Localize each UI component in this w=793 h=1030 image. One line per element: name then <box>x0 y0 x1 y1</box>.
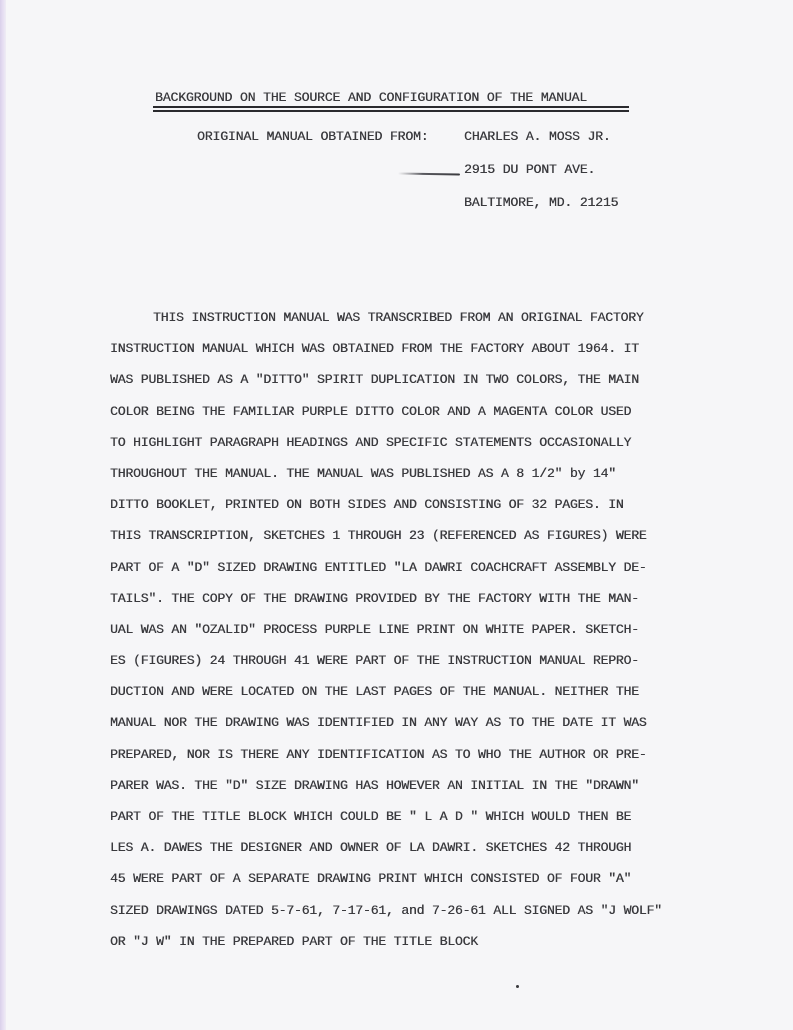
body-line: WAS PUBLISHED AS A "DITTO" SPIRIT DUPLIC… <box>110 364 710 395</box>
title-underline <box>153 106 629 108</box>
source-label: ORIGINAL MANUAL OBTAINED FROM: <box>197 129 428 144</box>
page-title: BACKGROUND ON THE SOURCE AND CONFIGURATI… <box>155 90 587 105</box>
ink-dot <box>516 985 519 988</box>
pen-stroke-mark <box>398 172 460 175</box>
title-double-underline <box>153 110 629 112</box>
body-line: THIS TRANSCRIPTION, SKETCHES 1 THROUGH 2… <box>110 520 710 551</box>
body-line: UAL WAS AN "OZALID" PROCESS PURPLE LINE … <box>110 614 710 645</box>
body-line: LES A. DAWES THE DESIGNER AND OWNER OF L… <box>110 832 710 863</box>
body-line: TAILS". THE COPY OF THE DRAWING PROVIDED… <box>110 583 710 614</box>
body-line: TO HIGHLIGHT PARAGRAPH HEADINGS AND SPEC… <box>110 427 710 458</box>
source-name: CHARLES A. MOSS JR. <box>464 129 611 144</box>
body-line: DITTO BOOKLET, PRINTED ON BOTH SIDES AND… <box>110 489 710 520</box>
body-line: COLOR BEING THE FAMILIAR PURPLE DITTO CO… <box>110 396 710 427</box>
typewritten-page: BACKGROUND ON THE SOURCE AND CONFIGURATI… <box>0 0 793 1030</box>
body-paragraph: THIS INSTRUCTION MANUAL WAS TRANSCRIBED … <box>110 302 710 957</box>
body-line: DUCTION AND WERE LOCATED ON THE LAST PAG… <box>110 676 710 707</box>
body-line: PART OF A "D" SIZED DRAWING ENTITLED "LA… <box>110 552 710 583</box>
source-city: BALTIMORE, MD. 21215 <box>464 195 618 210</box>
body-line: MANUAL NOR THE DRAWING WAS IDENTIFIED IN… <box>110 707 710 738</box>
body-line: PARER WAS. THE "D" SIZE DRAWING HAS HOWE… <box>110 770 710 801</box>
body-line: 45 WERE PART OF A SEPARATE DRAWING PRINT… <box>110 863 710 894</box>
body-line: SIZED DRAWINGS DATED 5-7-61, 7-17-61, an… <box>110 895 710 926</box>
body-line: PREPARED, NOR IS THERE ANY IDENTIFICATIO… <box>110 739 710 770</box>
source-street: 2915 DU PONT AVE. <box>464 162 595 177</box>
body-line: INSTRUCTION MANUAL WHICH WAS OBTAINED FR… <box>110 333 710 364</box>
body-line: THIS INSTRUCTION MANUAL WAS TRANSCRIBED … <box>110 302 710 333</box>
body-line: ES (FIGURES) 24 THROUGH 41 WERE PART OF … <box>110 645 710 676</box>
body-line: THROUGHOUT THE MANUAL. THE MANUAL WAS PU… <box>110 458 710 489</box>
body-line: OR "J W" IN THE PREPARED PART OF THE TIT… <box>110 926 710 957</box>
body-line: PART OF THE TITLE BLOCK WHICH COULD BE "… <box>110 801 710 832</box>
